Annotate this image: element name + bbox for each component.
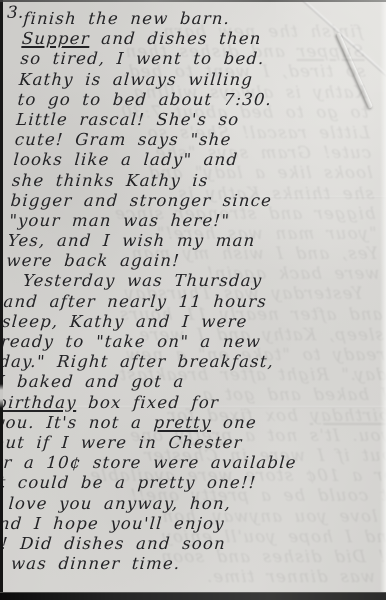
line-text: were back again! — [6, 251, 181, 270]
letter-line: finish the new barn. — [23, 9, 376, 29]
line-text: but if I were in Chester — [0, 433, 243, 452]
letter-line: and I hope you'll enjoy — [0, 514, 341, 534]
letter-line: but if I were in Chester — [0, 433, 346, 453]
line-text: Kathy is always willing — [18, 70, 253, 89]
scanned-letter-page: 3. finish the new barn. Supper and dishe… — [0, 0, 386, 600]
letter-line: to go to bed about 7:30. — [17, 90, 370, 110]
letter-lines: finish the new barn. Supper and dishes t… — [0, 9, 376, 574]
scan-edge-left — [0, 0, 3, 600]
letter-line: I love you anyway, hon, — [0, 494, 342, 514]
scan-edge-bottom — [0, 592, 386, 600]
letter-line: it was dinner time. — [0, 554, 338, 574]
letter-line: Yes, and I wish my man — [7, 231, 360, 251]
letter-line: sleep, Kathy and I were — [1, 312, 354, 332]
line-text: Little rascal! She's so — [16, 110, 240, 129]
letter-paper: 3. finish the new barn. Supper and dishe… — [2, 0, 386, 594]
underlined-text: Supper — [21, 29, 90, 48]
line-text: ready to "take on" a new — [0, 332, 262, 351]
line-text: and I hope you'll enjoy — [0, 514, 225, 533]
letter-line: day." Right after breakfast, — [0, 352, 352, 372]
line-text: one — [211, 413, 258, 432]
letter-line: Little rascal! She's so — [16, 110, 369, 130]
line-text: sleep, Kathy and I were — [1, 312, 248, 331]
letter-line: Kathy is always willing — [18, 70, 371, 90]
line-text: it! Did dishes and soon — [0, 534, 227, 553]
underlined-text: birthday — [0, 393, 77, 412]
line-text: cute! Gram says "she — [14, 130, 232, 149]
letter-line: "your man was here!" — [8, 211, 361, 231]
letter-line: it! Did dishes and soon — [0, 534, 339, 554]
line-text: and dishes then — [89, 29, 262, 48]
letter-line: ready to "take on" a new — [0, 332, 353, 352]
line-text: Yes, and I wish my man — [7, 231, 256, 250]
scan-edge-top — [0, 0, 386, 2]
letter-line: she thinks Kathy is — [11, 171, 364, 191]
letter-line: cute! Gram says "she — [14, 130, 367, 150]
line-text: box fixed for — [76, 393, 220, 412]
letter-line: Supper and dishes then — [21, 29, 374, 49]
line-text: I baked and got a — [0, 372, 185, 391]
line-text: "your man was here!" — [9, 211, 231, 230]
scan-edge-right — [380, 0, 386, 600]
line-text: finish the new barn. — [23, 9, 231, 28]
line-text: day." Right after breakfast, — [0, 352, 275, 371]
line-text: Yesterday was Thursday — [22, 271, 263, 290]
line-text: and after nearly 11 hours — [3, 292, 268, 311]
letter-line: or a 10¢ store were available — [0, 453, 345, 473]
letter-line: and after nearly 11 hours — [3, 292, 356, 312]
letter-line: so tired, I went to bed. — [20, 49, 373, 69]
page-number: 3. — [7, 3, 23, 23]
line-text: you. It's not a — [0, 413, 154, 432]
line-text: I love you anyway, hon, — [0, 494, 232, 513]
line-text: it was dinner time. — [0, 554, 181, 573]
line-text: bigger and stronger since — [10, 191, 273, 210]
letter-line: I baked and got a — [0, 372, 351, 392]
letter-line: were back again! — [6, 251, 359, 271]
letter-line: looks like a lady" and — [13, 150, 366, 170]
letter-line: It could be a pretty one!! — [0, 473, 344, 493]
letter-line: bigger and stronger since — [10, 191, 363, 211]
line-text: so tired, I went to bed. — [20, 49, 265, 68]
line-text: to go to bed about 7:30. — [17, 90, 273, 109]
line-text: looks like a lady" and — [13, 150, 239, 169]
line-text: or a 10¢ store were available — [0, 453, 297, 472]
line-text: she thinks Kathy is — [11, 171, 209, 190]
line-text: It could be a pretty one!! — [0, 473, 257, 492]
underlined-text: pretty — [153, 413, 212, 432]
letter-line: birthday box fixed for — [0, 393, 349, 413]
letter-line: you. It's not a pretty one — [0, 413, 348, 433]
letter-line: Yesterday was Thursday — [4, 271, 357, 291]
